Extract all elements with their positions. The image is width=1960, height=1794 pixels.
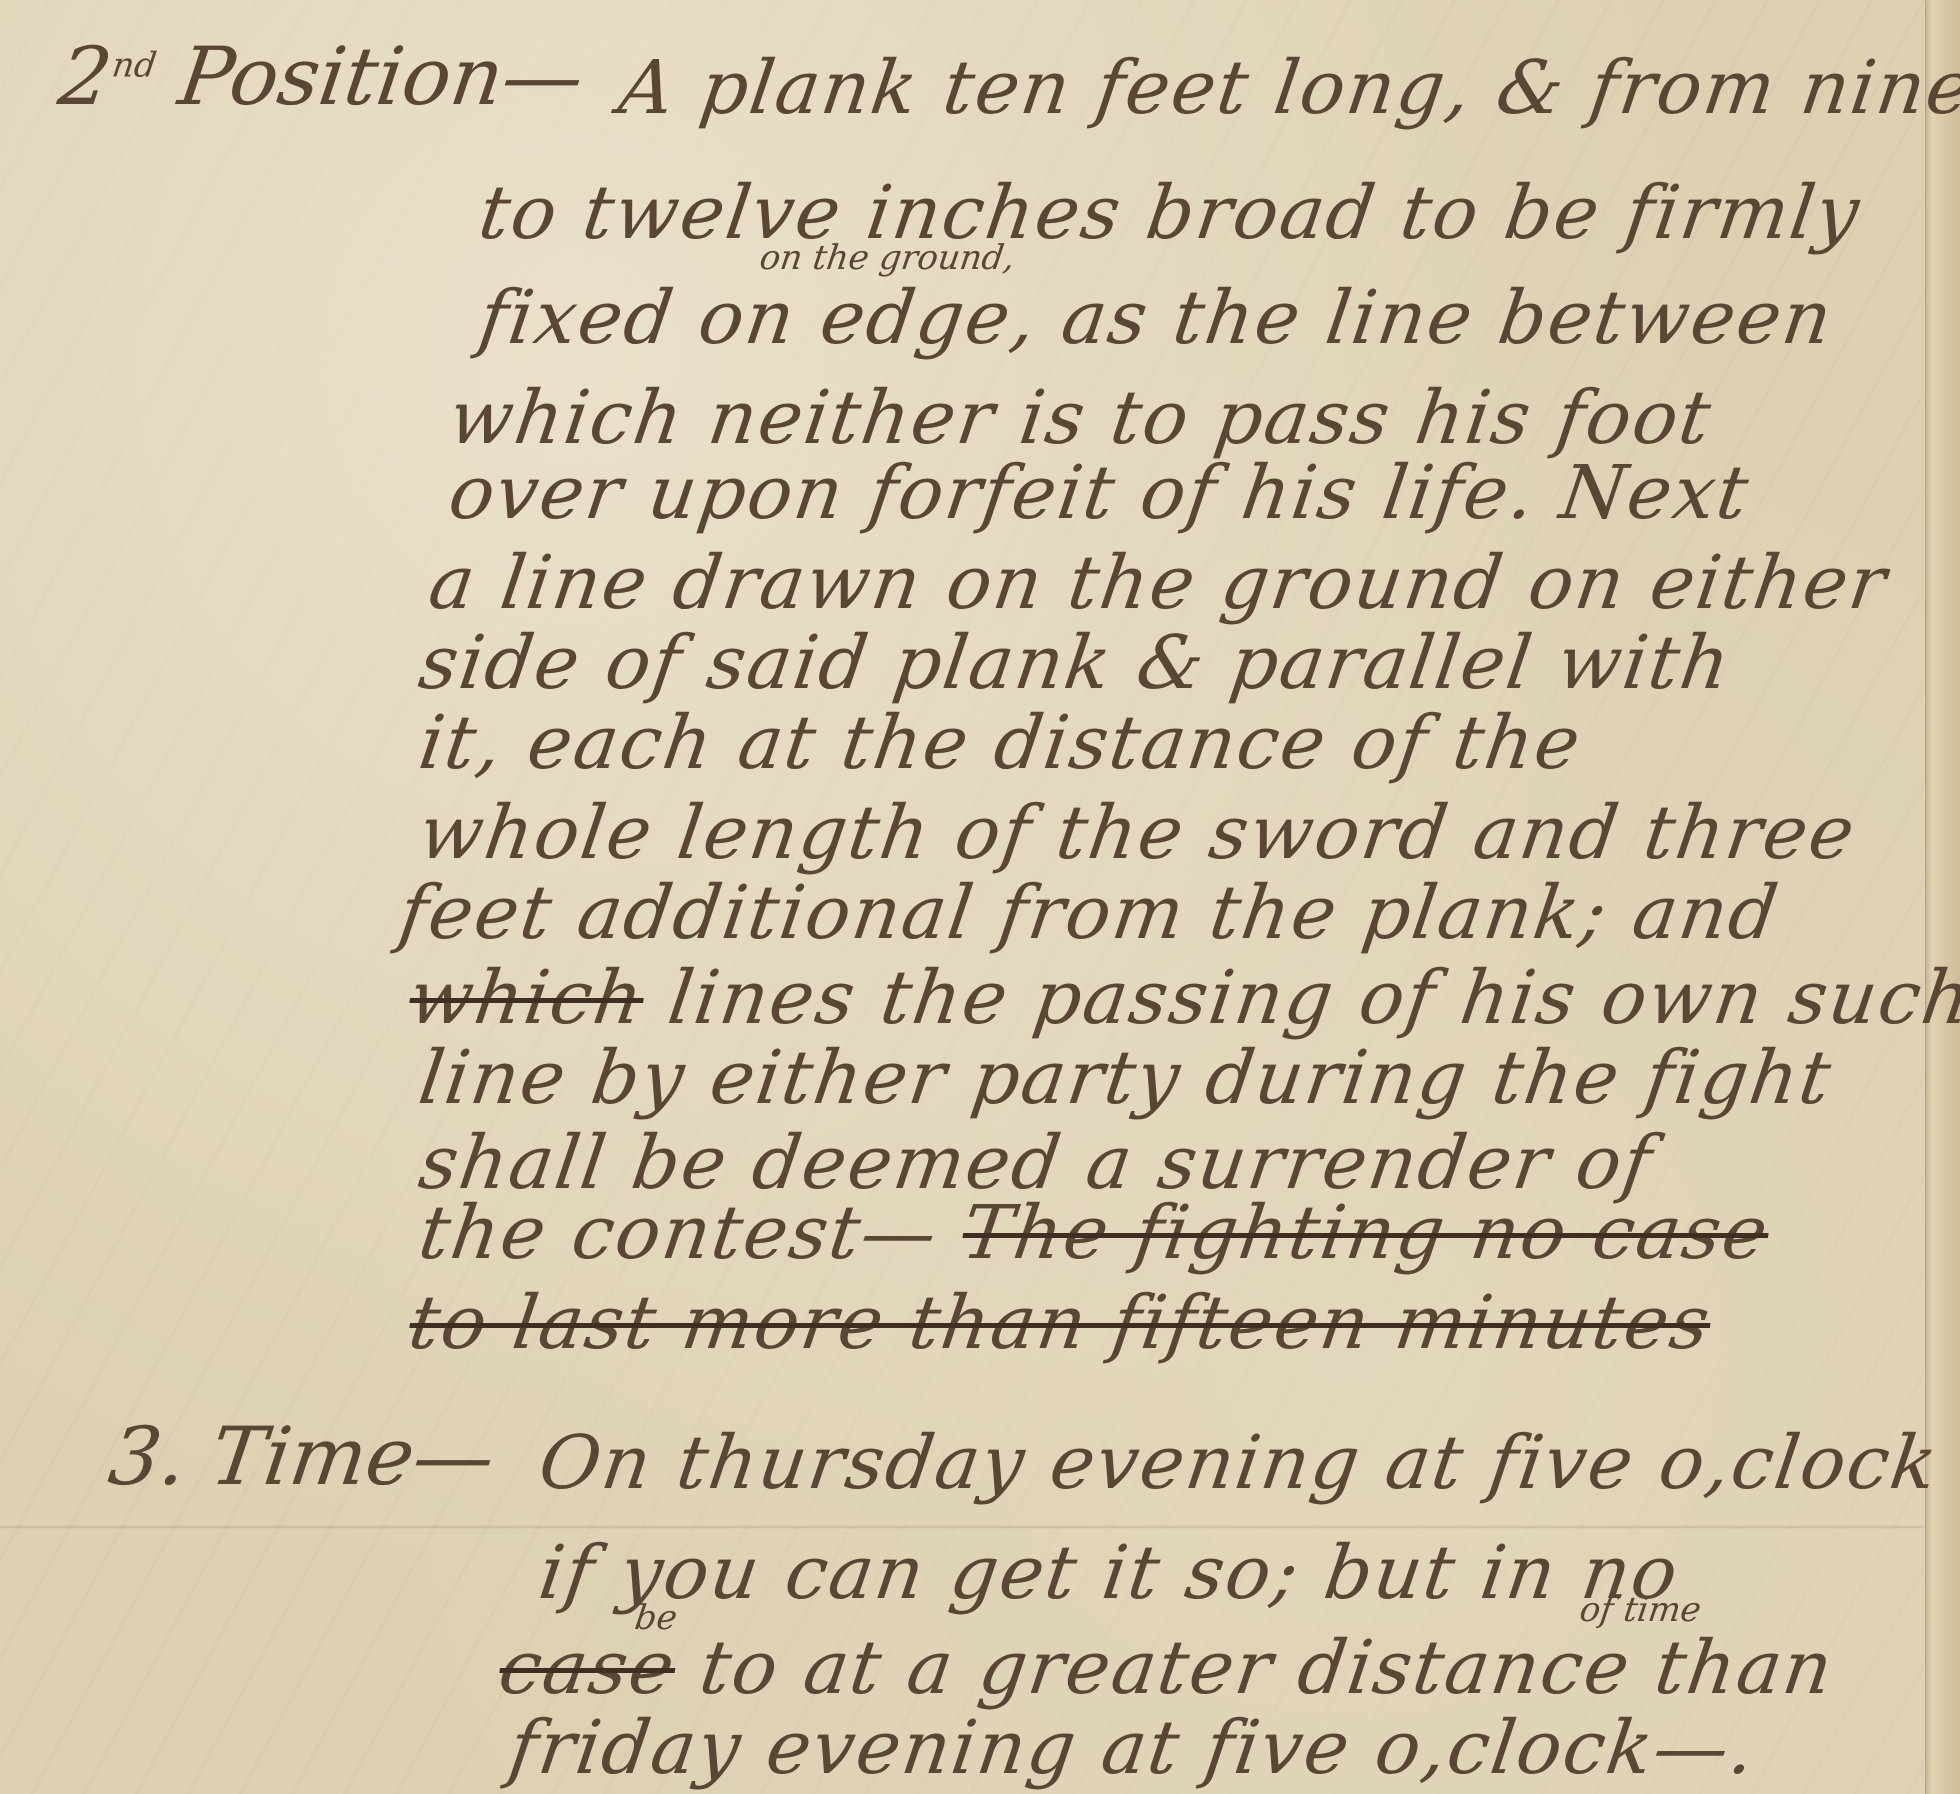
text-line: feet additional from the plank; and: [394, 870, 1785, 956]
page-binding-edge: [1925, 0, 1960, 1794]
text-span: the contest—: [414, 1190, 944, 1276]
text-line-with-strike: the contest— The fighting no case: [414, 1190, 1775, 1276]
text-line: a line drawn on the ground on either: [424, 540, 1893, 626]
paper-fold-line: [0, 1525, 1925, 1529]
text-line: to twelve inches broad to be firmly: [474, 170, 1866, 256]
section-number: 3.: [103, 1410, 192, 1503]
text-line-with-strike: case to at a greater distance than: [494, 1625, 1839, 1711]
text-line: if you can get it so; but in no: [534, 1530, 1685, 1616]
text-span: to at a greater distance than: [695, 1625, 1839, 1711]
section-3-heading: 3. Time—: [103, 1410, 500, 1503]
struck-passage: to last more than fifteen minutes: [404, 1280, 1717, 1366]
text-line: side of said plank & parallel with: [414, 620, 1737, 706]
interlinear-insertion: of time: [1577, 1590, 1703, 1630]
text-line: line by either party during the fight: [414, 1035, 1838, 1121]
struck-word: case: [494, 1625, 681, 1711]
text-line: On thursday evening at five o,clock: [534, 1420, 1944, 1506]
text-line-with-strike: which lines the passing of his own such: [404, 955, 1960, 1041]
text-line: fixed on edge, as the line between: [474, 275, 1839, 361]
section-number-suffix: nd: [110, 45, 159, 85]
text-line: whole length of the sword and three: [414, 790, 1861, 876]
text-line: friday evening at five o,clock—.: [504, 1705, 1762, 1791]
section-title: Time—: [205, 1410, 500, 1503]
interlinear-insertion: on the ground,: [757, 238, 1017, 278]
text-line: A plank ten feet long, & from nine: [614, 45, 1960, 131]
section-2-heading: 2nd Position—: [53, 30, 589, 123]
struck-passage: The fighting no case: [957, 1190, 1775, 1276]
section-title: Position—: [173, 30, 589, 123]
text-line: over upon forfeit of his life. Next: [444, 450, 1755, 536]
struck-word: which: [404, 955, 650, 1041]
text-line: which neither is to pass his foot: [444, 375, 1718, 461]
text-span: lines the passing of his own such: [663, 955, 1960, 1041]
text-line: it, each at the distance of the: [414, 700, 1587, 786]
